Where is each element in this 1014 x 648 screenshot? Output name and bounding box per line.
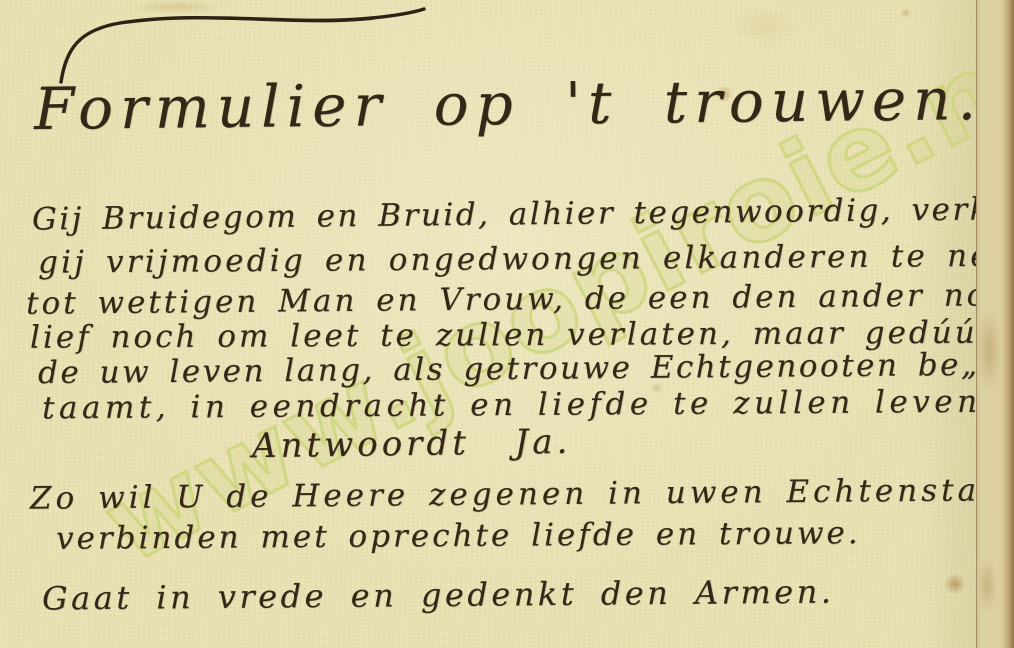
blessing-line-1: Zo wil U de Heere zegenen in uwen Echten… xyxy=(30,471,1014,516)
manuscript-line-2: gij vrijmoedig en ongedwongen elkanderen… xyxy=(38,237,1014,280)
manuscript-page: www.joopiroie.nl Formulier op 't trouwen… xyxy=(0,0,1014,648)
foxing-spot xyxy=(944,574,966,594)
answer-line: Antwoordt Ja. xyxy=(252,422,572,466)
manuscript-title: Formulier op 't trouwen. xyxy=(34,65,984,143)
foxing-spot xyxy=(900,8,912,18)
manuscript-line-1: Gij Bruidegom en Bruid, alhier tegenwoor… xyxy=(32,191,1014,238)
manuscript-line-6: taamt, in eendracht en liefde te zullen … xyxy=(42,384,996,427)
foxing-spot xyxy=(730,6,800,46)
blessing-line-2: verbinden met oprechte liefde en trouwe. xyxy=(56,515,861,557)
closing-line: Gaat in vrede en gedenkt den Armen. xyxy=(42,573,835,618)
page-edge xyxy=(976,0,1014,648)
